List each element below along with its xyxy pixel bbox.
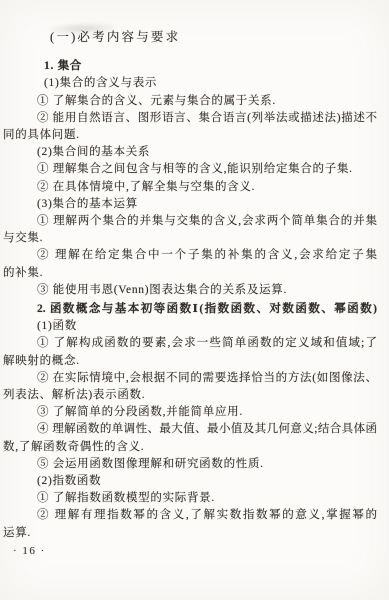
doc-line-11: ① 理解两个集合的并集与交集的含义,会求两个简单集合的并集	[2, 213, 377, 230]
doc-line-6: 同的具体问题.	[2, 127, 377, 144]
doc-line-28: ② 理解有理指数幂的含义,了解实数指数幂的意义,掌握幂的	[2, 507, 377, 524]
doc-line-26: (2)指数函数	[2, 473, 377, 490]
doc-line-21: 列表法、解析法)表示函数.	[2, 387, 377, 404]
doc-line-4: ① 了解集合的含义、元素与集合的属于关系.	[2, 93, 377, 110]
doc-line-24: 数,了解函数奇偶性的含义.	[2, 439, 377, 456]
doc-line-27: ① 了解指数函数模型的实际背景.	[2, 490, 377, 507]
doc-line-23: ④ 理解函数的单调性、最大值、最小值及其几何意义;结合具体函	[2, 421, 377, 438]
doc-line-17: (1)函数	[2, 318, 377, 335]
doc-line-18: ① 了解构成函数的要素,会求一些简单函数的定义域和值域;了	[2, 335, 377, 352]
doc-line-22: ③ 了解简单的分段函数,并能简单应用.	[2, 404, 377, 421]
doc-line-3: (1)集合的含义与表示	[2, 75, 377, 92]
page-number: · 16 ·	[2, 545, 377, 557]
doc-line-8: ① 理解集合之间包含与相等的含义,能识别给定集合的子集.	[2, 161, 377, 178]
document-body: (一)必考内容与要求1. 集合(1)集合的含义与表示① 了解集合的含义、元素与集…	[2, 29, 377, 557]
doc-line-15: ③ 能使用韦恩(Venn)图表达集合的关系及运算.	[2, 282, 377, 299]
doc-line-16: 2. 函数概念与基本初等函数Ⅰ(指数函数、对数函数、幂函数)	[2, 301, 377, 318]
doc-line-1: (一)必考内容与要求	[2, 29, 377, 46]
doc-line-5: ② 能用自然语言、图形语言、集合语言(列举法或描述法)描述不	[2, 110, 377, 127]
scanned-page: (一)必考内容与要求1. 集合(1)集合的含义与表示① 了解集合的含义、元素与集…	[0, 0, 389, 600]
doc-line-10: (3)集合的基本运算	[2, 196, 377, 213]
doc-line-13: ② 理解在给定集合中一个子集的补集的含义,会求给定子集	[2, 247, 377, 264]
doc-line-7: (2)集合间的基本关系	[2, 144, 377, 161]
doc-line-29: 运算.	[2, 525, 377, 542]
doc-line-19: 解映射的概念.	[2, 353, 377, 370]
doc-line-9: ② 在具体情境中,了解全集与空集的含义.	[2, 179, 377, 196]
doc-line-25: ⑤ 会运用函数图像理解和研究函数的性质.	[2, 456, 377, 473]
doc-line-2: 1. 集合	[2, 58, 377, 75]
doc-line-14: 的补集.	[2, 265, 377, 282]
doc-line-12: 与交集.	[2, 230, 377, 247]
doc-line-20: ② 在实际情境中,会根据不同的需要选择恰当的方法(如图像法、	[2, 370, 377, 387]
